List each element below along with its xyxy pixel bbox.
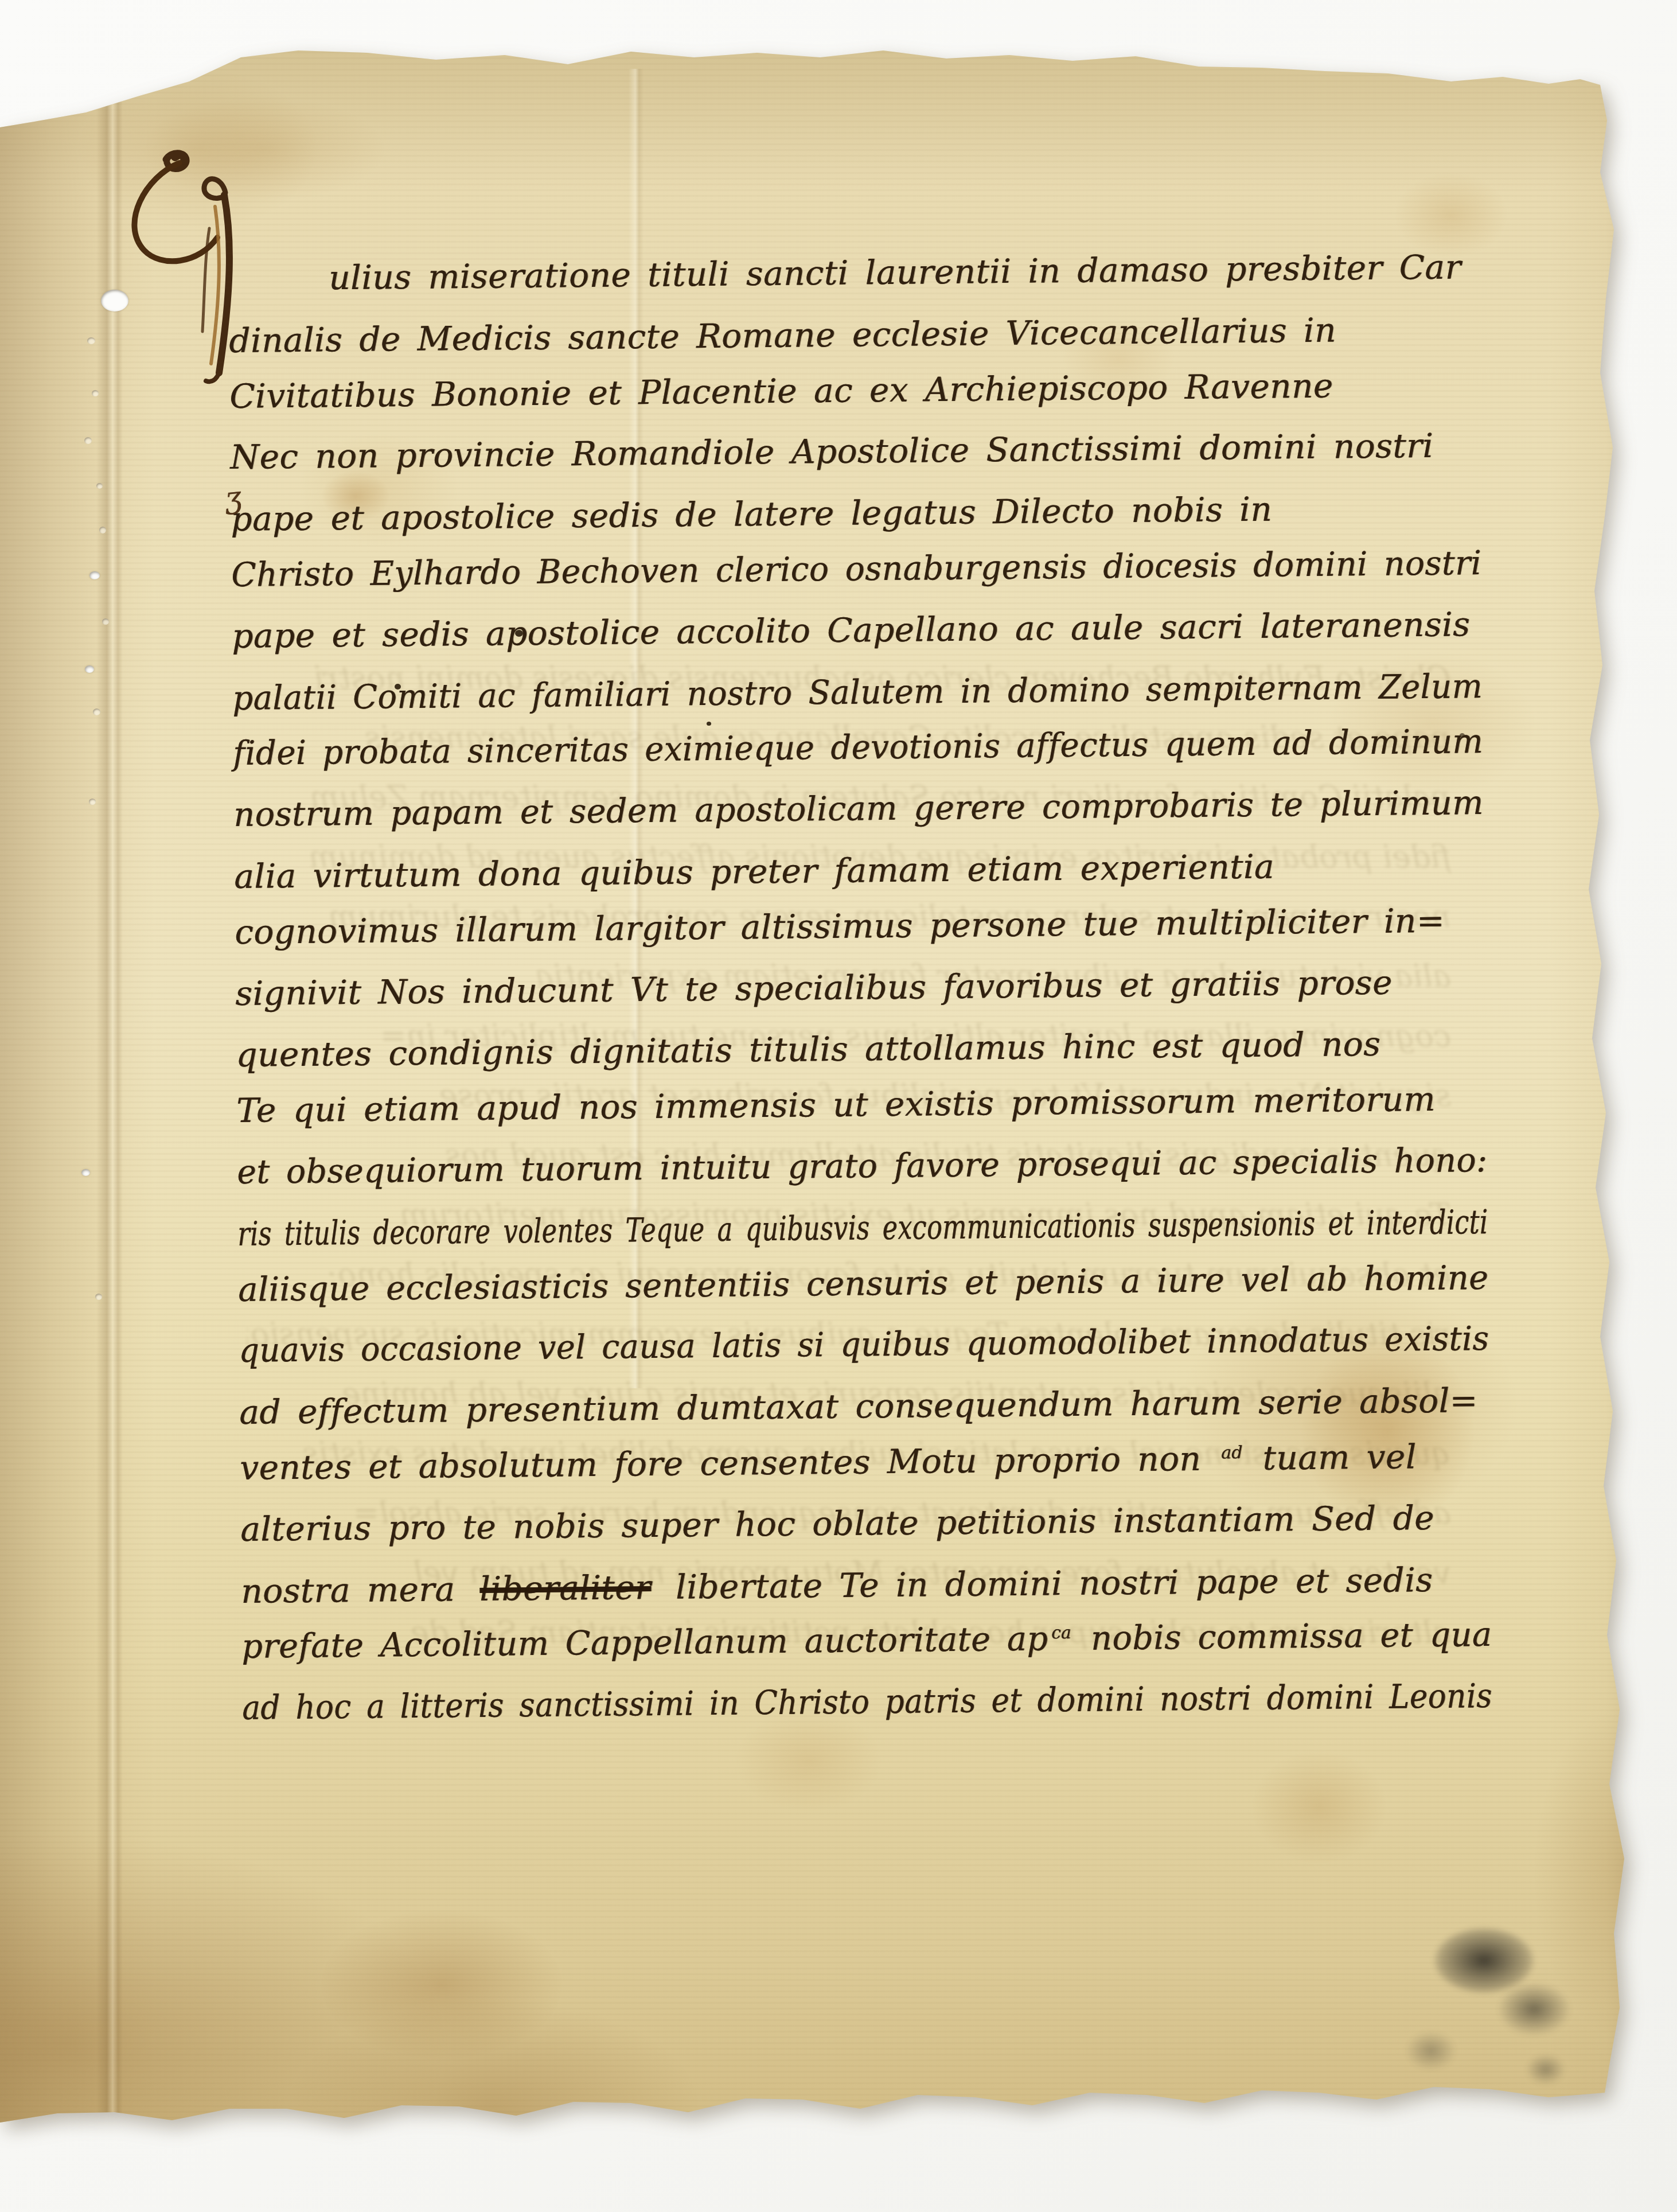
document-page: Christo Eylhardo Bechoven clerico osnabu… bbox=[0, 0, 1646, 2128]
text-line: Nec non provincie Romandiole Apostolice … bbox=[230, 426, 1434, 477]
text-segment: nobis commissa et qua bbox=[1074, 1615, 1492, 1658]
text-line: et obsequiorum tuorum intuitu grato favo… bbox=[237, 1140, 1488, 1191]
ink-smudge bbox=[1497, 1982, 1571, 2036]
superscript-insertion: ad bbox=[1221, 1443, 1243, 1463]
text-segment: ris titulis decorare volentes Teque a qu… bbox=[237, 1202, 1488, 1253]
pinhole bbox=[81, 1169, 90, 1176]
ink-smudge bbox=[1526, 2054, 1566, 2085]
text-segment: libertate Te in domini nostri pape et se… bbox=[659, 1560, 1433, 1607]
text-segment: et obsequiorum tuorum intuitu grato favo… bbox=[237, 1140, 1488, 1191]
text-line: prefate Accolitum Cappellanum auctoritat… bbox=[241, 1615, 1492, 1666]
text-segment: ulius miseratione tituli sancti laurenti… bbox=[329, 247, 1461, 297]
text-line: fidei probata sinceritas eximieque devot… bbox=[233, 722, 1483, 773]
pinhole bbox=[102, 618, 109, 625]
text-line: nostra mera liberaliter libertate Te in … bbox=[241, 1560, 1433, 1611]
pinhole bbox=[84, 437, 92, 444]
marginal-mark: ʒ bbox=[223, 480, 243, 516]
text-segment: nostra mera bbox=[241, 1570, 472, 1611]
paper-wrap: Christo Eylhardo Bechoven clerico osnabu… bbox=[0, 0, 1677, 2212]
text-segment: Civitatibus Bononie et Placentie ac ex A… bbox=[229, 366, 1333, 415]
text-line: pape et apostolice sedis de latere legat… bbox=[231, 490, 1272, 539]
text-segment: dinalis de Medicis sancte Romane ecclesi… bbox=[229, 310, 1336, 360]
text-segment: ventes et absolutum fore censentes Motu … bbox=[240, 1439, 1218, 1487]
stain bbox=[321, 1910, 562, 2059]
superscript-insertion: ca bbox=[1051, 1623, 1071, 1643]
manuscript-text: ulius miseratione tituli sancti laurenti… bbox=[228, 247, 1493, 1820]
text-segment: quentes condignis dignitatis titulis att… bbox=[236, 1025, 1381, 1074]
text-line: Te qui etiam apud nos immensis ut existi… bbox=[236, 1080, 1436, 1130]
pinhole bbox=[89, 799, 96, 805]
pinhole bbox=[93, 708, 100, 715]
text-segment: nostrum papam et sedem apostolicam gerer… bbox=[233, 783, 1484, 834]
text-line: ris titulis decorare volentes Teque a qu… bbox=[237, 1202, 1488, 1253]
pinhole bbox=[95, 1294, 102, 1300]
text-segment: prefate Accolitum Cappellanum auctoritat… bbox=[241, 1619, 1048, 1666]
text-segment: palatii Comiti ac familiari nostro Salut… bbox=[232, 667, 1483, 718]
text-segment: aliisque ecclesiasticis sententiis censu… bbox=[238, 1258, 1489, 1309]
text-segment: alterius pro te nobis super hoc oblate p… bbox=[240, 1498, 1434, 1549]
text-line: pape et sedis apostolice accolito Capell… bbox=[232, 605, 1471, 656]
text-line: cognovimus illarum largitor altissimus p… bbox=[235, 901, 1445, 951]
text-segment: ad hoc a litteris sanctissimi in Christo… bbox=[242, 1676, 1492, 1727]
text-line: signivit Nos inducunt Vt te specialibus … bbox=[235, 963, 1393, 1012]
text-line: nostrum papam et sedem apostolicam gerer… bbox=[233, 783, 1484, 834]
text-segment: alia virtutum dona quibus preter famam e… bbox=[234, 847, 1274, 896]
text-line: aliisque ecclesiasticis sententiis censu… bbox=[238, 1258, 1489, 1309]
text-line: alia virtutum dona quibus preter famam e… bbox=[234, 847, 1274, 896]
text-segment: ad effectum presentium dumtaxat conseque… bbox=[239, 1381, 1478, 1432]
ink-smudge bbox=[1405, 2031, 1457, 2071]
text-line: dinalis de Medicis sancte Romane ecclesi… bbox=[229, 310, 1336, 360]
text-line: quavis occasione vel causa latis si quib… bbox=[239, 1319, 1489, 1370]
text-line: ad effectum presentium dumtaxat conseque… bbox=[239, 1381, 1478, 1432]
text-segment: tuam vel bbox=[1246, 1437, 1417, 1478]
pinhole bbox=[87, 337, 95, 344]
pinhole bbox=[89, 571, 100, 579]
text-segment: pape et sedis apostolice accolito Capell… bbox=[232, 605, 1471, 656]
pinhole bbox=[85, 665, 94, 673]
text-line: alterius pro te nobis super hoc oblate p… bbox=[240, 1498, 1434, 1549]
text-segment: quavis occasione vel causa latis si quib… bbox=[239, 1319, 1489, 1370]
text-segment: Christo Eylhardo Bechoven clerico osnabu… bbox=[231, 543, 1481, 594]
text-line: Christo Eylhardo Bechoven clerico osnabu… bbox=[231, 543, 1481, 594]
pinhole bbox=[96, 483, 103, 489]
text-line: ulius miseratione tituli sancti laurenti… bbox=[228, 247, 1461, 298]
text-segment: cognovimus illarum largitor altissimus p… bbox=[235, 901, 1445, 951]
pinhole bbox=[99, 527, 106, 533]
text-line: ad hoc a litteris sanctissimi in Christo… bbox=[242, 1676, 1492, 1727]
scanner-background: Christo Eylhardo Bechoven clerico osnabu… bbox=[0, 0, 1677, 2212]
pinhole bbox=[92, 390, 99, 396]
stain bbox=[1394, 172, 1508, 258]
text-segment: Nec non provincie Romandiole Apostolice … bbox=[230, 426, 1434, 477]
text-line: quentes condignis dignitatis titulis att… bbox=[236, 1025, 1381, 1074]
text-line: Civitatibus Bononie et Placentie ac ex A… bbox=[229, 366, 1333, 415]
text-segment: fidei probata sinceritas eximieque devot… bbox=[233, 722, 1483, 773]
text-line: ventes et absolutum fore censentes Motu … bbox=[240, 1437, 1417, 1487]
text-segment: signivit Nos inducunt Vt te specialibus … bbox=[235, 963, 1393, 1012]
illuminated-initial-J bbox=[118, 142, 290, 389]
struck-word: liberaliter bbox=[479, 1568, 651, 1609]
text-segment: Te qui etiam apud nos immensis ut existi… bbox=[236, 1080, 1436, 1130]
text-line: palatii Comiti ac familiari nostro Salut… bbox=[232, 667, 1483, 718]
text-segment: pape et apostolice sedis de latere legat… bbox=[231, 490, 1272, 539]
